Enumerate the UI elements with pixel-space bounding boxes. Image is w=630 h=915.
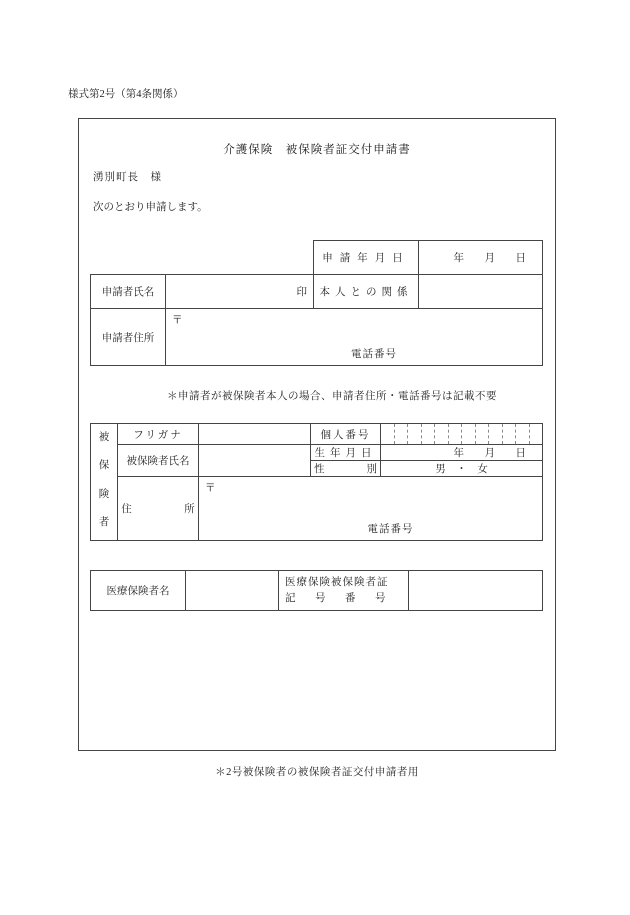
birth-date-value-cell: 年 月 日 (381, 445, 543, 461)
relationship-label-cell: 本人との関係 (314, 275, 419, 309)
personal-number-digit-cell (515, 424, 529, 444)
medical-insurer-label-cell: 医療保険者名 (91, 571, 186, 611)
sex-label-cell: 性 別 (311, 461, 381, 477)
applicant-table: 申請年月日 年 月 日 申請者氏名 印 本人との関係 申請者住所 〒 電話番号 (90, 240, 543, 366)
medical-cert-label-line1: 医療保険被保険者証 (285, 575, 408, 590)
intro-text: 次のとおり申請します。 (93, 199, 208, 214)
applicant-address-value-cell: 〒 電話番号 (166, 309, 543, 366)
personal-number-digit-cell (407, 424, 421, 444)
side-label-char: 者 (99, 514, 110, 529)
insured-side-label: 被 保 険 者 (91, 424, 118, 541)
personal-number-digit-cell (488, 424, 502, 444)
insured-table: 被 保 険 者 フリガナ 個人番号 被保険者氏名 生年月日 年 月 日 性 別 … (90, 423, 543, 541)
personal-number-digit-cell (529, 424, 543, 444)
postal-mark: 〒 (172, 312, 183, 327)
form-title: 介護保険 被保険者証交付申請書 (78, 141, 556, 157)
personal-number-digit-cell (475, 424, 489, 444)
applicant-table-spacer (91, 241, 314, 275)
personal-number-cells (381, 424, 542, 444)
side-label-char: 被 (99, 429, 110, 444)
footer-note: ＊2号被保険者の被保険者証交付申請者用 (78, 764, 556, 779)
postal-mark: 〒 (205, 480, 216, 495)
phone-number-label: 電話番号 (206, 346, 542, 361)
personal-number-digit-cell (461, 424, 475, 444)
personal-number-value-cell (381, 424, 543, 445)
medical-cert-label-line2: 記 号 番 号 (285, 591, 408, 606)
personal-number-digit-cell (448, 424, 462, 444)
applicant-name-label-cell: 申請者氏名 (91, 275, 166, 309)
phone-number-label: 電話番号 (239, 521, 542, 536)
personal-number-digit-cell (434, 424, 448, 444)
sex-value-cell: 男 ・ 女 (381, 461, 543, 477)
relationship-value-cell (419, 275, 543, 309)
medical-insurer-value-cell (186, 571, 279, 611)
application-form-page: 様式第2号（第4条関係） 介護保険 被保険者証交付申請書 湧別町長 様 次のとお… (0, 0, 630, 915)
seal-mark: 印 (297, 287, 308, 298)
insured-address-label-cell: 住 所 (118, 477, 199, 541)
personal-number-label-cell: 個人番号 (311, 424, 381, 445)
birth-date-label-cell: 生年月日 (311, 445, 381, 461)
furigana-value-cell (199, 424, 311, 445)
side-label-char: 険 (99, 486, 110, 501)
furigana-label-cell: フリガナ (118, 424, 199, 445)
application-date-value-cell: 年 月 日 (419, 241, 543, 275)
medical-table: 医療保険者名 医療保険被保険者証 記 号 番 号 (90, 570, 543, 611)
applicant-address-label-cell: 申請者住所 (91, 309, 166, 366)
personal-number-digit-cell (421, 424, 435, 444)
personal-number-digit-cell (394, 424, 408, 444)
personal-number-digit-cell (502, 424, 516, 444)
medical-cert-value-cell (409, 571, 543, 611)
form-number-label: 様式第2号（第4条関係） (68, 86, 184, 101)
insured-address-value-cell: 〒 電話番号 (199, 477, 543, 541)
side-label-char: 保 (99, 457, 110, 472)
insured-side-label-stack: 被 保 険 者 (91, 426, 117, 538)
applicant-name-value-cell: 印 (166, 275, 314, 309)
application-date-label-cell: 申請年月日 (314, 241, 419, 275)
addressee-line: 湧別町長 様 (93, 169, 162, 184)
insured-name-label-cell: 被保険者氏名 (118, 445, 199, 477)
applicant-note: ＊申請者が被保険者本人の場合、申請者住所・電話番号は記載不要 (167, 388, 497, 403)
personal-number-digit-cell (381, 424, 394, 444)
insured-name-value-cell (199, 445, 311, 477)
medical-cert-label-cell: 医療保険被保険者証 記 号 番 号 (279, 571, 409, 611)
